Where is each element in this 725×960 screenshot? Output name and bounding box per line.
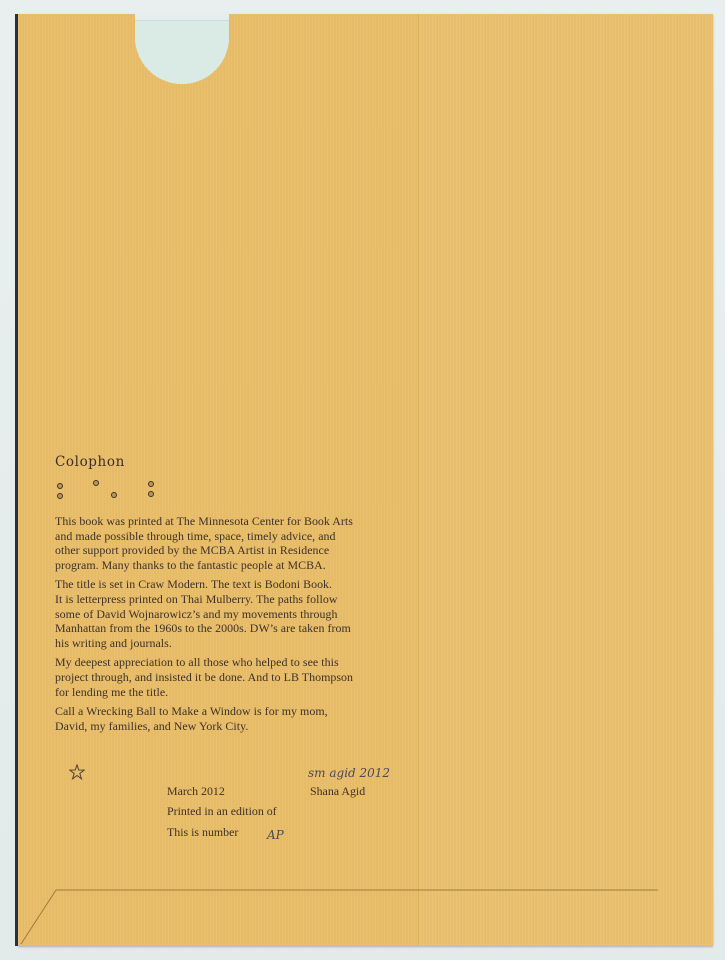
ornament-dot [93,480,99,486]
dot-ornament-icon [55,480,165,502]
colophon-paragraph-typography: The title is set in Craw Modern. The tex… [55,577,425,650]
edition-label: Printed in an edition of [167,804,277,819]
handwritten-signature: sm agid 2012 [308,766,390,780]
colophon: Colophon This book was printed at The Mi… [55,454,425,738]
ornament-dot [57,493,63,499]
paper-sleeve: Colophon This book was printed at The Mi… [18,14,713,946]
ornament-dot [57,483,63,489]
colophon-paragraph-thanks: My deepest appreciation to all those who… [55,655,425,699]
colophon-paragraph-dedication: Call a Wrecking Ball to Make a Window is… [55,704,425,733]
author-name: Shana Agid [310,784,365,799]
ornament-dot [148,491,154,497]
handwritten-number: AP [267,828,284,842]
colophon-title: Colophon [55,454,425,470]
ornament-dot [111,492,117,498]
ornament-dot [148,481,154,487]
star-icon [69,764,85,780]
print-date: March 2012 [167,784,225,799]
number-label: This is number [167,825,238,840]
colophon-paragraph-printing: This book was printed at The Minnesota C… [55,514,425,572]
